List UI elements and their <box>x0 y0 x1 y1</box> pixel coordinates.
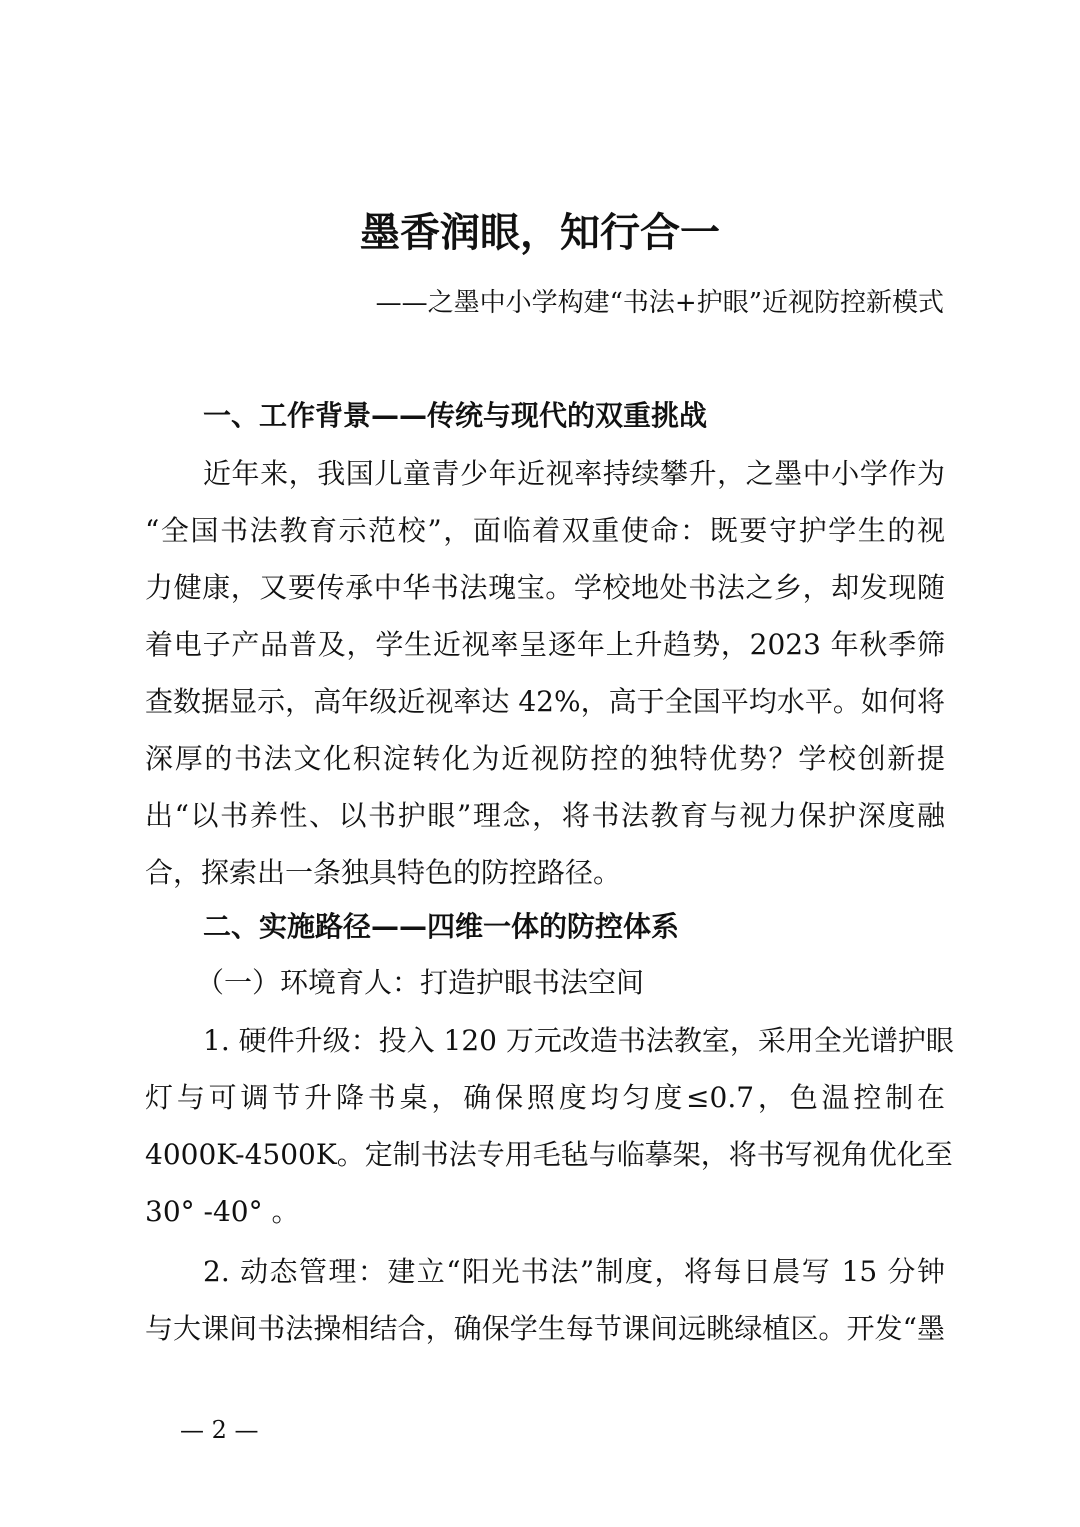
paragraph-line: 1. 硬件升级：投入 120 万元改造书法教室，采用全光谱护眼 <box>203 1021 945 1061</box>
paragraph-line: 2. 动态管理：建立“阳光书法”制度，将每日晨写 15 分钟 <box>203 1252 945 1292</box>
paragraph-line: 与大课间书法操相结合，确保学生每节课间远眺绿植区。开发“墨 <box>145 1309 945 1349</box>
paragraph-line: 出“以书养性、以书护眼”理念，将书法教育与视力保护深度融 <box>145 796 945 836</box>
document-title: 墨香润眼，知行合一 <box>0 206 1080 260</box>
page-number: — 2 — <box>180 1410 259 1450</box>
section-heading-background: 一、工作背景——传统与现代的双重挑战 <box>203 396 707 436</box>
paragraph-line: 合，探索出一条独具特色的防控路径。 <box>145 853 621 893</box>
paragraph-line: 力健康，又要传承中华书法瑰宝。学校地处书法之乡，却发现随 <box>145 568 945 608</box>
paragraph-line: 灯与可调节升降书桌，确保照度均匀度≤0.7，色温控制在 <box>145 1078 945 1118</box>
paragraph-line: 近年来，我国儿童青少年近视率持续攀升，之墨中小学作为 <box>203 454 945 494</box>
paragraph-line: 着电子产品普及，学生近视率呈逐年上升趋势，2023 年秋季筛 <box>145 625 945 665</box>
document-subtitle: ——之墨中小学构建“书法+护眼”近视防控新模式 <box>376 283 944 323</box>
paragraph-line: 深厚的书法文化积淀转化为近视防控的独特优势？学校创新提 <box>145 739 945 779</box>
paragraph-line: 30° -40° 。 <box>145 1192 300 1232</box>
document-page: 墨香润眼，知行合一 ——之墨中小学构建“书法+护眼”近视防控新模式 一、工作背景… <box>0 0 1080 1527</box>
paragraph-line: “全国书法教育示范校”，面临着双重使命：既要守护学生的视 <box>145 511 945 551</box>
section-heading-implementation: 二、实施路径——四维一体的防控体系 <box>203 907 679 947</box>
paragraph-line: 4000K-4500K。定制书法专用毛毡与临摹架，将书写视角优化至 <box>145 1135 945 1175</box>
subsection-heading: （一）环境育人：打造护眼书法空间 <box>196 963 644 1003</box>
paragraph-line: 查数据显示，高年级近视率达 42%，高于全国平均水平。如何将 <box>145 682 945 722</box>
